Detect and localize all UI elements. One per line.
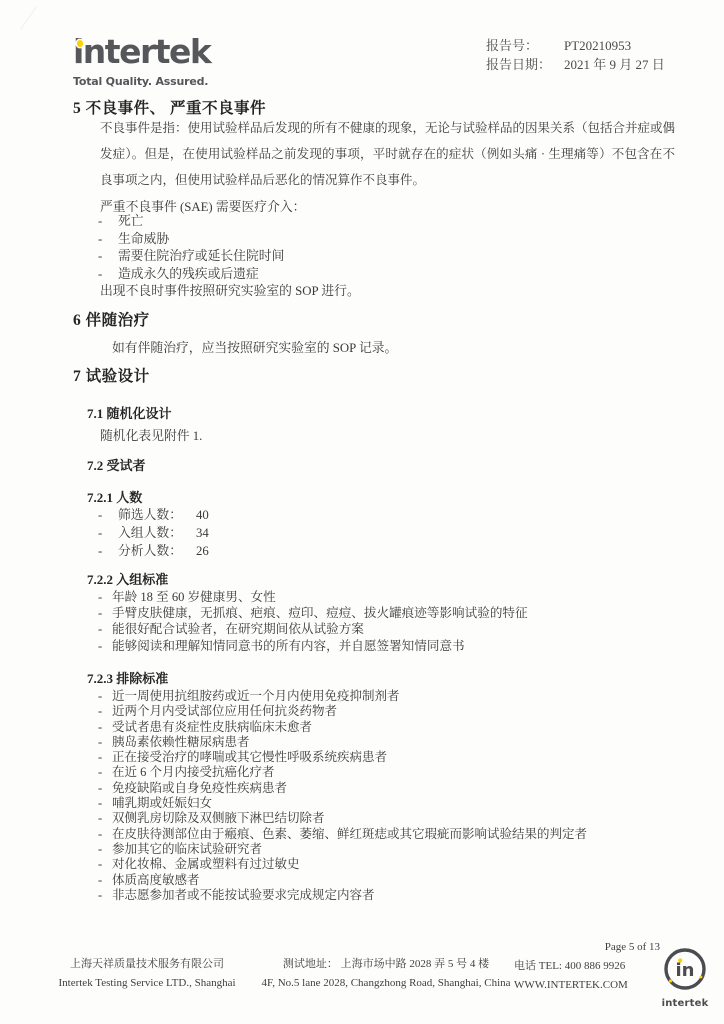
report-number-value: PT20210953 [564, 36, 631, 55]
scan-artifact [20, 6, 37, 30]
section7-2-1-title: 7.2.1 人数 [87, 487, 142, 506]
section7-2-title: 7.2 受试者 [87, 455, 146, 474]
list-item: 对化妆棉、金属或塑料有过过敏史 [98, 857, 698, 872]
list-item: 胰岛素依赖性糖尿病患者 [98, 735, 698, 750]
sop-note: 出现不良时事件按照研究实验室的 SOP 进行。 [100, 280, 360, 299]
count-value: 40 [196, 508, 209, 522]
section7-1-body: 随机化表见附件 1. [100, 425, 202, 444]
intertek-wordmark: intertek [73, 34, 210, 70]
list-item: 双侧乳房切除及双侧腋下淋巴结切除者 [98, 811, 698, 826]
subject-count-list: 筛选人数：40 入组人数：34 分析人数：26 [98, 507, 698, 560]
list-item: 受试者患有炎症性皮肤病临床未愈者 [98, 720, 698, 735]
test-address-cn: 测试地址： 上海市场中路 2028 弄 5 号 4 楼 [256, 955, 516, 974]
intertek-logo: intertek Total Quality. Assured. [73, 34, 210, 88]
section5-paragraph: 不良事件是指：使用试验样品后发现的所有不健康的现象，无论与试验样品的因果关系（包… [100, 115, 675, 193]
report-date-value: 2021 年 9 月 27 日 [564, 55, 665, 74]
list-item: 正在接受治疗的哮喘或其它慢性呼吸系统疾病患者 [98, 750, 698, 765]
list-item: 死亡 [98, 213, 698, 231]
list-item: 年龄 18 至 60 岁健康男、女性 [98, 589, 698, 605]
list-item: 能很好配合试验者，在研究期间依从试验方案 [98, 621, 698, 637]
footer-contact: Page 5 of 13 电话 TEL: 400 886 9926 WWW.IN… [514, 938, 660, 995]
section7-2-2-title: 7.2.2 入组标准 [87, 569, 168, 588]
list-item: 分析人数：26 [98, 543, 698, 561]
list-item: 免疫缺陷或自身免疫性疾病患者 [98, 781, 698, 796]
section7-2-3-title: 7.2.3 排除标准 [87, 668, 168, 687]
report-date-label: 报告日期： [486, 55, 564, 74]
section6-body: 如有伴随治疗，应当按照研究实验室的 SOP 记录。 [112, 337, 397, 356]
list-item: 能够阅读和理解知情同意书的所有内容，并自愿签署知情同意书 [98, 638, 698, 654]
list-item: 非志愿参加者或不能按试验要求完成规定内容者 [98, 888, 698, 903]
report-info: 报告号： PT20210953 报告日期： 2021 年 9 月 27 日 [486, 36, 665, 74]
list-item: 近一周使用抗组胺药或近一个月内使用免疫抑制剂者 [98, 689, 698, 704]
list-item: 入组人数：34 [98, 525, 698, 543]
list-item: 体质高度敏感者 [98, 873, 698, 888]
count-label: 分析人数： [118, 544, 182, 558]
section6-title: 6 伴随治疗 [73, 308, 150, 330]
report-number-label: 报告号： [486, 36, 564, 55]
page-footer: 上海天祥质量技术服务有限公司 Intertek Testing Service … [0, 930, 724, 1024]
roundel-wordmark: intertek [653, 998, 717, 1009]
report-number-row: 报告号： PT20210953 [486, 36, 665, 55]
intertek-roundel-logo: in intertek [653, 946, 717, 1009]
company-name-en: Intertek Testing Service LTD., Shanghai [38, 974, 256, 993]
company-name-cn: 上海天祥质量技术服务有限公司 [38, 955, 256, 974]
list-item: 生命威胁 [98, 231, 698, 249]
inclusion-criteria-list: 年龄 18 至 60 岁健康男、女性 手臂皮肤健康，无抓痕、疤痕、痘印、痘痘、拔… [98, 589, 698, 654]
list-item: 在皮肤待测部位由于瘢痕、色素、萎缩、鲜红斑痣或其它瑕疵而影响试验结果的判定者 [98, 827, 698, 842]
report-page: intertek Total Quality. Assured. 报告号： PT… [0, 0, 724, 1024]
list-item: 近两个月内受试部位应用任何抗炎药物者 [98, 704, 698, 719]
footer-company: 上海天祥质量技术服务有限公司 Intertek Testing Service … [38, 955, 256, 993]
count-value: 34 [196, 526, 209, 540]
list-item: 哺乳期或妊娠妇女 [98, 796, 698, 811]
svg-text:in: in [676, 960, 695, 981]
list-item: 参加其它的临床试验研究者 [98, 842, 698, 857]
sae-list: 死亡 生命威胁 需要住院治疗或延长住院时间 造成永久的残疾或后遗症 [98, 213, 698, 283]
list-item: 在近 6 个月内接受抗癌化疗者 [98, 765, 698, 780]
website-url: WWW.INTERTEK.COM [514, 976, 660, 995]
count-value: 26 [196, 544, 209, 558]
footer-address: 测试地址： 上海市场中路 2028 弄 5 号 4 楼 4F, No.5 lan… [256, 955, 516, 993]
phone-number: 电话 TEL: 400 886 9926 [514, 957, 660, 976]
count-label: 筛选人数： [118, 508, 182, 522]
test-address-en: 4F, No.5 lane 2028, Changzhong Road, Sha… [256, 974, 516, 993]
exclusion-criteria-list: 近一周使用抗组胺药或近一个月内使用免疫抑制剂者 近两个月内受试部位应用任何抗炎药… [98, 689, 698, 903]
count-label: 入组人数： [118, 526, 182, 540]
logo-yellow-dot-icon [77, 40, 84, 47]
report-date-row: 报告日期： 2021 年 9 月 27 日 [486, 55, 665, 74]
page-number: Page 5 of 13 [514, 938, 660, 957]
section7-1-title: 7.1 随机化设计 [87, 403, 172, 422]
logo-tagline: Total Quality. Assured. [73, 75, 210, 88]
list-item: 手臂皮肤健康，无抓痕、疤痕、痘印、痘痘、拔火罐痕迹等影响试验的特征 [98, 605, 698, 621]
list-item: 需要住院治疗或延长住院时间 [98, 248, 698, 266]
list-item: 筛选人数：40 [98, 507, 698, 525]
intertek-roundel-icon: in [661, 946, 709, 994]
section7-title: 7 试验设计 [73, 364, 150, 386]
